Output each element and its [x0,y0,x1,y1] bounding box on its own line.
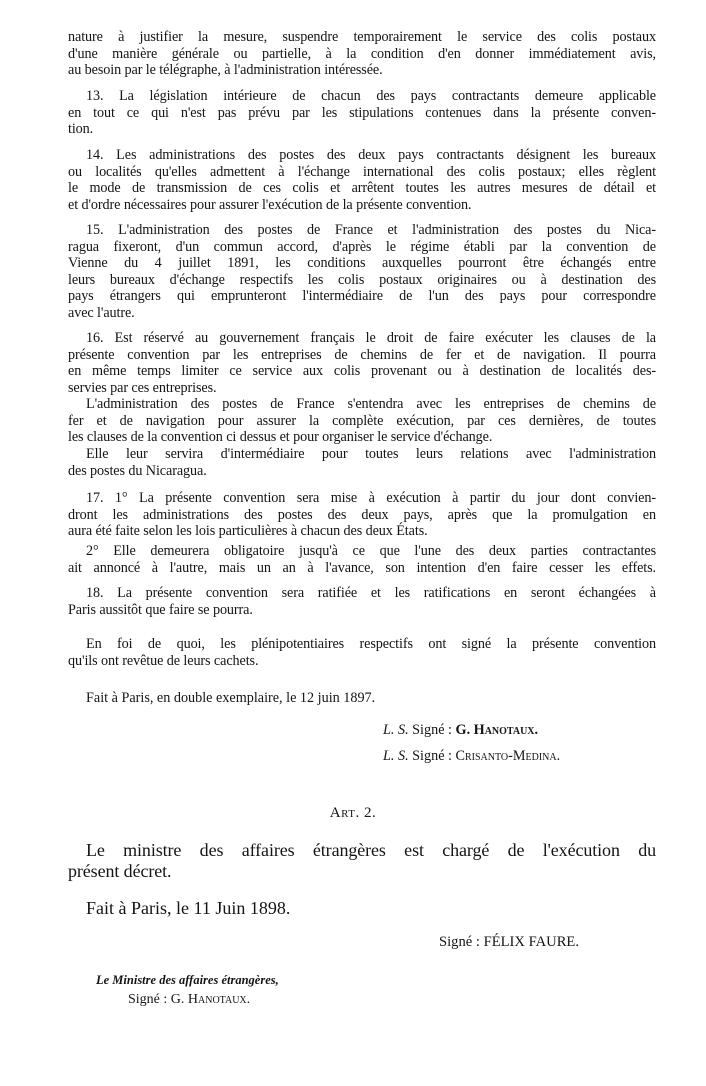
text-line: au besoin par le télégraphe, à l'adminis… [68,62,656,79]
text-line: 14. Les administrations des postes des d… [68,147,656,164]
text-line: 15. L'administration des postes de Franc… [68,222,656,239]
text-line: L'administration des postes de France s'… [68,396,656,413]
text-line: Elle leur servira d'intermédiaire pour t… [68,446,656,463]
signatory-name: Crisanto-Medina. [456,748,561,764]
text-line: Paris aussitôt que faire se pourra. [68,602,656,619]
paragraph-12-continuation: nature à justifier la mesure, suspendre … [68,29,656,79]
article-18: 18. La présente convention sera ratifiée… [68,585,656,618]
date-place-1897: Fait à Paris, en double exemplaire, le 1… [86,690,375,707]
article-14: 14. Les administrations des postes des d… [68,147,656,213]
text-line: présent décret. [68,861,656,882]
text-line: d'une manière générale ou partielle, à l… [68,46,656,63]
text-line: pays étrangers qui emprunteront l'interm… [68,288,656,305]
text-line: des postes du Nicaragua. [68,463,656,480]
signature-label: Signé : [412,722,452,738]
text-line: et d'ordre nécessaires pour assurer l'ex… [68,197,656,214]
text-line: présente convention par les entreprises … [68,347,656,364]
signatory-name: G. Hanotaux. [171,992,250,1007]
text-line: le mode de transmission de ces colis et … [68,180,656,197]
article-16: 16. Est réservé au gouvernement français… [68,330,656,396]
text-line: Vienne du 4 juillet 1891, les conditions… [68,255,656,272]
signature-felix-faure: Signé : FÉLIX FAURE. [439,934,579,951]
date-place-1898: Fait à Paris, le 11 Juin 1898. [86,898,290,919]
text-line: En foi de quoi, les plénipotentiaires re… [68,636,656,653]
closing-statement: En foi de quoi, les plénipotentiaires re… [68,636,656,669]
text-line: 13. La législation intérieure de chacun … [68,88,656,105]
text-line: dront les administrations des postes des… [68,507,656,524]
article-16-paragraph-2: L'administration des postes de France s'… [68,396,656,446]
signature-label: Signé : [128,992,167,1007]
seal-mark: L. S. [383,722,409,738]
text-line: aura été faite selon les lois particuliè… [68,523,656,540]
text-line: les clauses de la convention ci dessus e… [68,429,656,446]
article-17-item-2: 2° Elle demeurera obligatoire jusqu'à ce… [68,543,656,576]
seal-mark: L. S. [383,748,409,764]
text-line: 16. Est réservé au gouvernement français… [68,330,656,347]
text-line: avec l'autre. [68,305,656,322]
article-17-item-1: 17. 1° La présente convention sera mise … [68,490,656,540]
document-page: nature à justifier la mesure, suspendre … [0,0,706,1086]
text-line: ait annoncé à l'autre, mais un an à l'av… [68,560,656,577]
text-line: 18. La présente convention sera ratifiée… [68,585,656,602]
signature-label: Signé : [412,748,452,764]
text-line: leurs bureaux d'échange respectifs les c… [68,272,656,289]
text-line: nature à justifier la mesure, suspendre … [68,29,656,46]
article-15: 15. L'administration des postes de Franc… [68,222,656,322]
text-line: tion. [68,121,656,138]
article-2-heading: Art. 2. [0,805,706,822]
article-2-text: Le ministre des affaires étrangères est … [68,840,656,882]
article-13: 13. La législation intérieure de chacun … [68,88,656,138]
text-line: fer et de navigation pour assurer la com… [68,413,656,430]
signatory-name: G. Hanotaux. [456,722,539,738]
text-line: ragua fixeront, d'un commun accord, d'ap… [68,239,656,256]
text-line: en tout ce qui n'est pas prévu par les s… [68,105,656,122]
text-line: 17. 1° La présente convention sera mise … [68,490,656,507]
text-line: en même temps limiter ce service aux col… [68,363,656,380]
signature-hanotaux: L. S. Signé : G. Hanotaux. [383,722,538,739]
article-16-paragraph-3: Elle leur servira d'intermédiaire pour t… [68,446,656,479]
text-line: ou localités qu'elles admettent à l'écha… [68,164,656,181]
minister-title: Le Ministre des affaires étrangères, [96,972,279,989]
text-line: qu'ils ont revêtue de leurs cachets. [68,653,656,670]
text-line: 2° Elle demeurera obligatoire jusqu'à ce… [68,543,656,560]
text-line: Le ministre des affaires étrangères est … [68,840,656,861]
signature-crisanto-medina: L. S. Signé : Crisanto-Medina. [383,748,560,765]
text-line: servies par ces entreprises. [68,380,656,397]
minister-signature: Signé : G. Hanotaux. [128,992,250,1009]
